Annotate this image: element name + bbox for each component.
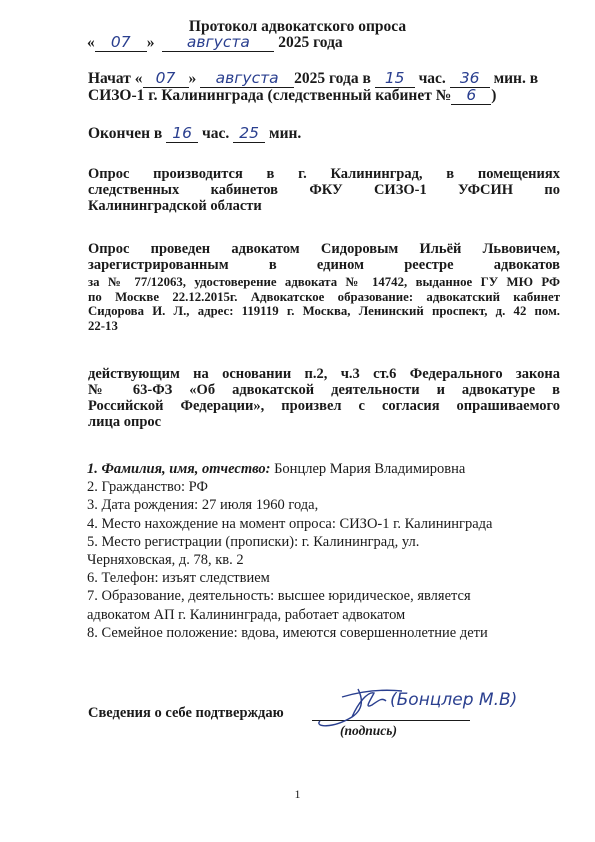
basis-paragraph: действующим на основании п.2, ч.3 ст.6 Ф…: [88, 366, 560, 430]
started-location: СИЗО-1 г. Калининграда (следственный каб…: [88, 87, 451, 104]
info-label: 5. Место регистрации (прописки):: [87, 534, 298, 550]
info-value: г. Калининград, ул.: [298, 534, 419, 550]
info-current-location: 4. Место нахождение на момент опроса: СИ…: [87, 515, 492, 533]
info-value: Бонцлер Мария Владимировна: [270, 461, 465, 477]
info-label: 8. Семейное положение:: [87, 625, 238, 641]
info-label: 7. Образование, деятельность:: [87, 588, 274, 604]
paragraph-line: Российской Федерации», произвел с соглас…: [88, 398, 560, 414]
page-number: 1: [0, 787, 595, 802]
paragraph-line: Опрос проведен адвокатом Сидоровым Ильёй…: [88, 241, 560, 257]
info-value: СИЗО-1 г. Калининграда: [336, 516, 493, 532]
paragraph-line: Калининградской области: [88, 198, 560, 214]
lawyer-details: за № 77/12063, удостоверение адвоката № …: [88, 275, 560, 333]
started-year: 2025 года в: [294, 70, 371, 87]
finished-hour-field: 16: [166, 126, 198, 143]
started-minute-label: мин. в: [494, 70, 539, 87]
started-month-field: августа: [200, 71, 294, 88]
info-phone: 6. Телефон: изъят следствием: [87, 569, 492, 587]
info-full-name: 1. Фамилия, имя, отчество: Бонцлер Мария…: [87, 460, 492, 478]
document-page: Протокол адвокатского опроса «07» август…: [0, 0, 595, 842]
started-line-2: СИЗО-1 г. Калининграда (следственный каб…: [88, 87, 496, 105]
finished-line: Окончен в 16 час. 25 мин.: [88, 125, 301, 143]
lawyer-paragraph: Опрос проведен адвокатом Сидоровым Ильёй…: [88, 241, 560, 273]
protocol-date: «07» августа 2025 года: [87, 34, 343, 52]
signature-handwritten-name: (Бонцлер М.В): [390, 690, 517, 710]
info-education: 7. Образование, деятельность: высшее юри…: [87, 587, 492, 605]
open-quote: «: [87, 34, 95, 51]
finished-minute-field: 25: [233, 126, 265, 143]
started-day-field: 07: [143, 71, 189, 88]
finished-minute-label: мин.: [269, 125, 301, 142]
started-close-paren: ): [491, 87, 496, 104]
info-value: РФ: [185, 479, 208, 495]
paragraph-line: за № 77/12063, удостоверение адвоката № …: [88, 275, 560, 290]
paragraph-line: лица опрос: [88, 414, 560, 430]
started-minute-handwritten: 36: [460, 69, 480, 87]
info-education-cont: адвокатом АП г. Калининграда, работает а…: [87, 606, 492, 624]
info-value: адвокатом АП г. Калининграда, работает а…: [87, 607, 405, 623]
info-label: 2. Гражданство:: [87, 479, 185, 495]
info-birth-date: 3. Дата рождения: 27 июля 1960 года,: [87, 496, 492, 514]
info-value: высшее юридическое, является: [274, 588, 471, 604]
signature-caption: (подпись): [340, 723, 397, 739]
paragraph-line: следственных кабинетов ФКУ СИЗО-1 УФСИН …: [88, 182, 560, 198]
started-line-1: Начат «07» августа2025 года в 15 час. 36…: [88, 70, 538, 88]
info-value: 27 июля 1960 года,: [198, 497, 318, 513]
date-month-handwritten: августа: [187, 33, 250, 51]
started-close-quote: »: [189, 70, 197, 87]
info-registration: 5. Место регистрации (прописки): г. Кали…: [87, 533, 492, 551]
paragraph-line: 22-13: [88, 319, 560, 334]
paragraph-line: зарегистрированным в едином реестре адво…: [88, 257, 560, 273]
paragraph-line: Опрос производится в г. Калининград, в п…: [88, 166, 560, 182]
info-citizenship: 2. Гражданство: РФ: [87, 478, 492, 496]
personal-info-list: 1. Фамилия, имя, отчество: Бонцлер Мария…: [87, 460, 492, 642]
started-hour-label: час.: [419, 70, 446, 87]
date-day-handwritten: 07: [111, 33, 131, 51]
started-hour-field: 15: [375, 71, 415, 88]
started-day-handwritten: 07: [156, 69, 176, 87]
close-quote: »: [147, 34, 155, 51]
info-label: 4. Место нахождение на момент опроса:: [87, 516, 336, 532]
paragraph-line: действующим на основании п.2, ч.3 ст.6 Ф…: [88, 366, 560, 382]
date-day-field: 07: [95, 35, 147, 52]
signature-label: Сведения о себе подтверждаю: [88, 705, 284, 722]
finished-prefix: Окончен в: [88, 125, 162, 142]
paragraph-line: Сидорова И. Л., адрес: 119119 г. Москва,…: [88, 304, 560, 319]
info-label: 6. Телефон:: [87, 570, 159, 586]
paragraph-line: № 63-ФЗ «Об адвокатской деятельности и а…: [88, 382, 560, 398]
cabinet-number-handwritten: 6: [466, 86, 476, 104]
paragraph-line: по Москве 22.12.2015г. Адвокатское образ…: [88, 290, 560, 305]
info-label: 1. Фамилия, имя, отчество:: [87, 461, 270, 477]
finished-minute-handwritten: 25: [239, 124, 259, 142]
info-value: вдова, имеются совершеннолетние дети: [238, 625, 488, 641]
finished-hour-handwritten: 16: [172, 124, 192, 142]
info-registration-cont: Черняховская, д. 78, кв. 2: [87, 551, 492, 569]
started-month-handwritten: августа: [216, 69, 279, 87]
date-year: 2025 года: [278, 34, 342, 51]
location-paragraph: Опрос производится в г. Калининград, в п…: [88, 166, 560, 214]
started-hour-handwritten: 15: [385, 69, 405, 87]
info-value: изъят следствием: [159, 570, 270, 586]
date-month-field: августа: [162, 35, 274, 52]
info-value: Черняховская, д. 78, кв. 2: [87, 552, 244, 568]
info-label: 3. Дата рождения:: [87, 497, 198, 513]
started-prefix: Начат «: [88, 70, 143, 87]
info-marital-status: 8. Семейное положение: вдова, имеются со…: [87, 624, 492, 642]
finished-hour-label: час.: [202, 125, 229, 142]
cabinet-number-field: 6: [451, 88, 491, 105]
